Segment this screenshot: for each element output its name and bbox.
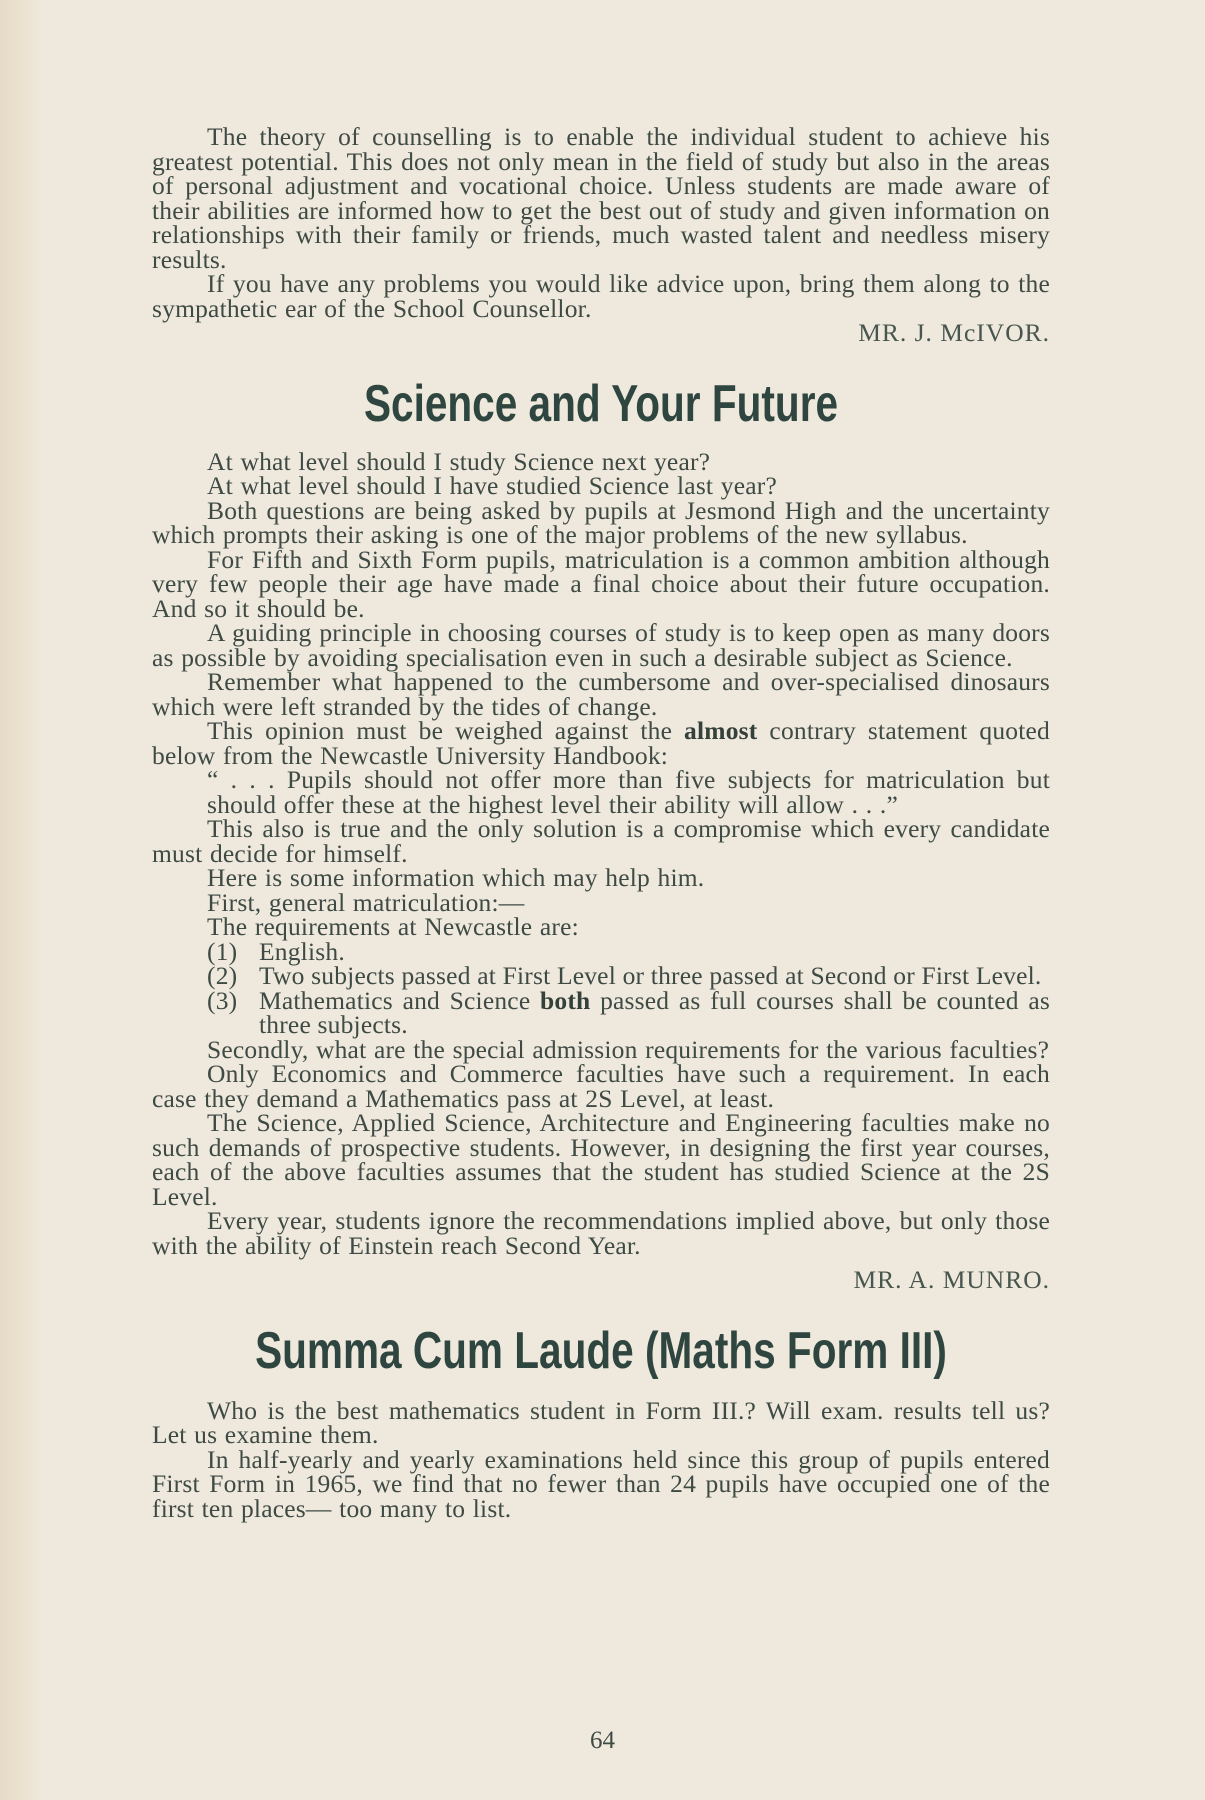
summa-heading: Summa Cum Laude (Maths Form III) [251, 1323, 951, 1379]
article-column: The theory of counselling is to enable t… [152, 125, 1050, 1521]
requirement-number: (3) [207, 989, 259, 1038]
summa-paragraph: In half-yearly and yearly examinations h… [152, 1448, 1050, 1522]
page-edge-shadow [0, 0, 40, 1800]
science-paragraph: Both questions are being asked by pupils… [152, 499, 1050, 548]
emphasis-both: both [540, 986, 590, 1015]
page-number: 64 [0, 1727, 1205, 1755]
science-paragraph: Every year, students ignore the recommen… [152, 1209, 1050, 1258]
science-paragraph: A guiding principle in choosing courses … [152, 621, 1050, 670]
handbook-quote: “ . . . Pupils should not offer more tha… [152, 768, 1050, 817]
science-paragraph: The Science, Applied Science, Architectu… [152, 1111, 1050, 1209]
emphasis-almost: almost [684, 716, 757, 745]
counselling-paragraph-2: If you have any problems you would like … [152, 272, 1050, 321]
requirement-item: (3) Mathematics and Science both passed … [152, 989, 1050, 1038]
science-byline: MR. A. MUNRO. [152, 1268, 1050, 1293]
science-paragraph-contrary: This opinion must be weighed against the… [152, 719, 1050, 768]
requirement-text: Mathematics and Science both passed as f… [259, 989, 1050, 1038]
summa-paragraph: Who is the best mathematics student in F… [152, 1399, 1050, 1448]
science-paragraph: This also is true and the only solution … [152, 817, 1050, 866]
science-section: Science and Your Future At what level sh… [152, 376, 1050, 1293]
counselling-paragraph-1: The theory of counselling is to enable t… [152, 125, 1050, 272]
science-paragraph: Remember what happened to the cumbersome… [152, 670, 1050, 719]
science-paragraph: Here is some information which may help … [152, 866, 1050, 891]
science-paragraph: For Fifth and Sixth Form pupils, matricu… [152, 548, 1050, 622]
science-paragraph: The requirements at Newcastle are: [152, 915, 1050, 940]
counselling-section: The theory of counselling is to enable t… [152, 125, 1050, 346]
science-paragraph: At what level should I have studied Scie… [152, 474, 1050, 499]
counselling-byline: MR. J. McIVOR. [152, 321, 1050, 346]
requirement-number: (2) [207, 964, 259, 989]
science-paragraph: Only Economics and Commerce faculties ha… [152, 1062, 1050, 1111]
summa-section: Summa Cum Laude (Maths Form III) Who is … [152, 1323, 1050, 1522]
science-heading: Science and Your Future [251, 376, 951, 432]
